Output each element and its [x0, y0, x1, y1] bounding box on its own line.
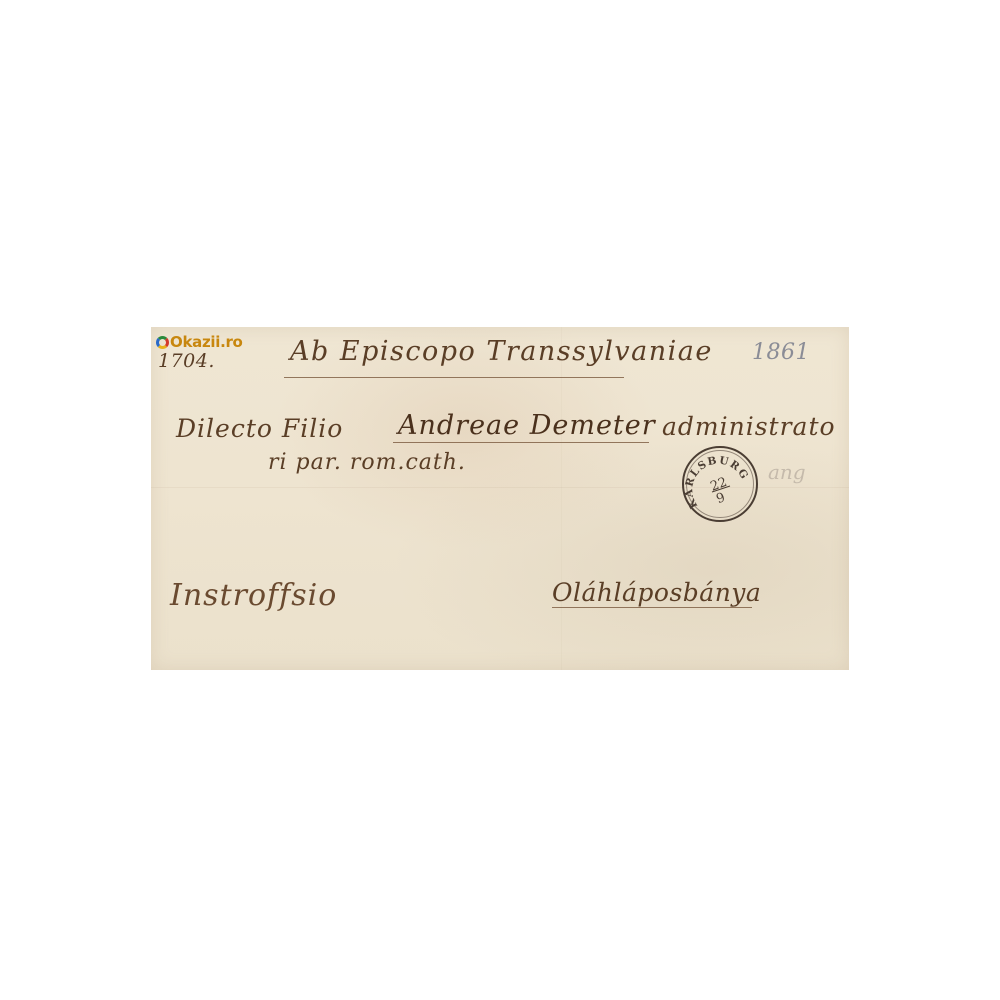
- sender-line: Ab Episcopo Transsylvaniae: [290, 336, 713, 367]
- stage: Okazii.ro 1704. Ab Episcopo Transsylvani…: [0, 0, 1000, 1000]
- address-line-2: ri par. rom.cath.: [268, 450, 466, 475]
- paper-crease: [561, 327, 562, 670]
- okazii-ring-icon: [156, 336, 169, 349]
- address-salutation: Dilecto Filio: [176, 414, 343, 443]
- addressee-name: Andreae Demeter: [398, 410, 656, 441]
- addressee-underline: [393, 442, 649, 443]
- destination-underline: [552, 607, 752, 608]
- official-note: Instroffsio: [170, 578, 337, 613]
- postmark-svg: KARLSBURG 22 9: [682, 446, 758, 522]
- faint-pencil-note: ang: [768, 460, 806, 484]
- watermark-text: Okazii.ro: [170, 333, 243, 351]
- watermark-logo: Okazii.ro: [156, 333, 243, 351]
- address-title: administrato: [662, 412, 836, 441]
- postmark-stamp: KARLSBURG 22 9: [682, 446, 758, 522]
- sender-underline: [284, 377, 624, 378]
- svg-text:9: 9: [714, 490, 727, 507]
- pencil-year: 1861: [752, 340, 810, 365]
- reference-number: 1704.: [158, 350, 215, 372]
- destination: Oláhláposbánya: [552, 578, 761, 607]
